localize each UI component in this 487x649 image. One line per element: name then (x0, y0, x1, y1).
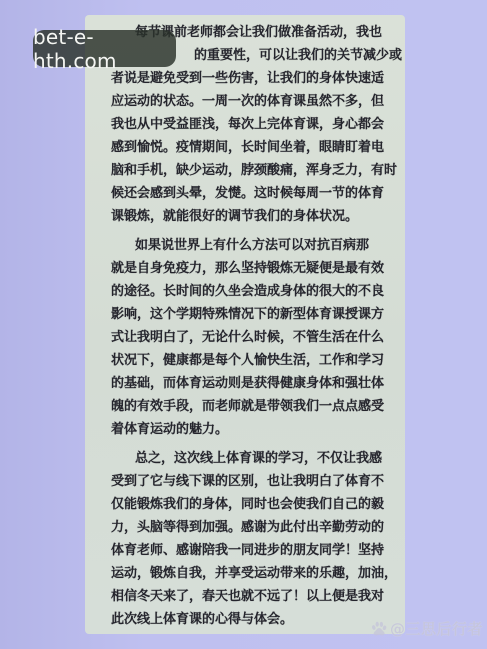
essay-line: 魄的有效手段，而老师就是带领我们一点点感受 (111, 395, 383, 418)
site-watermark-text: bet-e-hth.com (33, 25, 176, 73)
author-watermark: @三思后行者 (371, 618, 483, 639)
baidu-paw-icon (371, 621, 387, 636)
essay-line: 的基础，而体育运动则是获得健康身体和强壮体 (111, 372, 383, 395)
essay-line: 此次线上体育课的心得与体会。 (111, 608, 383, 631)
essay-line: 受到了它与线下课的区别，也让我明白了体育不 (111, 470, 383, 493)
essay-paragraph-2: 如果说世界上有什么方法可以对抗百病那 就是自身免疫力，那么坚持锻炼无疑便是最有效… (111, 234, 383, 441)
essay-line: 如果说世界上有什么方法可以对抗百病那 (111, 234, 383, 257)
essay-text: 每节课前老师都会让我们做准备活动，我也 的重要性，可以让我们的关节减少或 者说是… (111, 21, 383, 631)
essay-line: 我也从中受益匪浅，每次上完体育课，身心都会 (111, 113, 383, 136)
essay-line: 运动，锻炼自我，并享受运动带来的乐趣，加油， (111, 562, 383, 585)
essay-line: 力，头脑等得到加强。感谢为此付出辛勤劳动的 (111, 516, 383, 539)
essay-line: 仅能锻炼我们的身体，同时也会使我们自己的毅 (111, 493, 383, 516)
essay-line: 式让我明白了，无论什么时候，不管生活在什么 (111, 326, 383, 349)
essay-line: 着体育运动的魅力。 (111, 418, 383, 441)
essay-line: 相信冬天来了，春天也就不远了！以上便是我对 (111, 585, 383, 608)
essay-line: 应运动的状态。一周一次的体育课虽然不多，但 (111, 90, 383, 113)
essay-line: 总之，这次线上体育课的学习，不仅让我感 (111, 447, 383, 470)
essay-line: 感到愉悦。疫情期间，长时间坐着，眼睛盯着电 (111, 136, 383, 159)
essay-line: 就是自身免疫力，那么坚持锻炼无疑便是最有效 (111, 257, 383, 280)
essay-paragraph-3: 总之，这次线上体育课的学习，不仅让我感 受到了它与线下课的区别，也让我明白了体育… (111, 447, 383, 631)
essay-line: 课锻炼，就能很好的调节我们的身体状况。 (111, 205, 383, 228)
essay-line: 体育老师、感谢陪我一同进步的朋友同学！坚持 (111, 539, 383, 562)
essay-line: 候还会感到头晕，发憷。这时候每周一节的体育 (111, 182, 383, 205)
site-watermark: bet-e-hth.com (33, 30, 176, 67)
essay-line: 的途径。长时间的久坐会造成身体的很大的不良 (111, 280, 383, 303)
author-handle: @三思后行者 (390, 618, 483, 639)
essay-line: 脑和手机，缺少运动，脖颈酸痛，浑身乏力，有时 (111, 159, 383, 182)
essay-line: 状况下，健康都是每个人愉快生活，工作和学习 (111, 349, 383, 372)
essay-line: 影响，这个学期特殊情况下的新型体育课授课方 (111, 303, 383, 326)
